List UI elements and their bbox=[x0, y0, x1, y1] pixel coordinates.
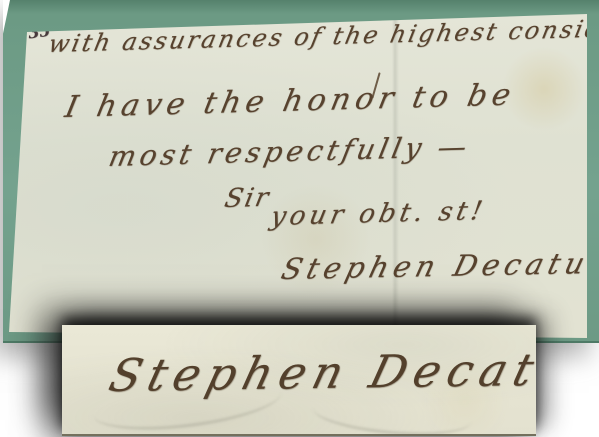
letter-signature: Stephen Decatur bbox=[278, 246, 599, 286]
letter-paper: 35 with assurances of the highest consid… bbox=[6, 14, 587, 338]
letter-line-2: I have the honor to be bbox=[62, 78, 519, 125]
letter-line-1: with assurances of the highest considera bbox=[46, 13, 599, 58]
photo-corner-notch bbox=[3, 0, 10, 48]
letter-line-sir: Sir bbox=[222, 183, 273, 214]
signature-strip: Stephen Decatur bbox=[62, 325, 536, 436]
strip-signature: Stephen Decatur bbox=[104, 342, 536, 402]
letter-line-3: most respectfully — bbox=[106, 130, 474, 173]
docket-number: 35 bbox=[27, 21, 52, 43]
letter-line-obt: your obt. st! bbox=[268, 196, 489, 232]
scan-page: 35 with assurances of the highest consid… bbox=[0, 0, 599, 437]
letter-photo: 35 with assurances of the highest consid… bbox=[3, 0, 599, 343]
